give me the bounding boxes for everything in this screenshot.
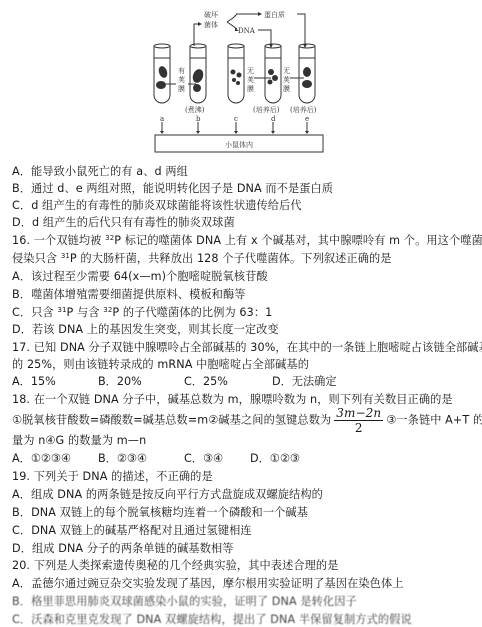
- q18-option-a: A．①②③④: [12, 451, 71, 467]
- q19-option-d: D．组成 DNA 分子的两条单链的碱基数相等: [12, 541, 234, 557]
- label-boiled: (煮沸): [185, 105, 205, 114]
- q16-option-a: A．该过程至少需要 64(x—m)个胞嘧啶脱氧核苷酸: [12, 269, 268, 285]
- q19-option-b: B．DNA 双链上的每个脱氧核糖均连着一个磷酸和一个碱基: [12, 505, 308, 521]
- label-e1: 无: [283, 67, 290, 75]
- letter-a: a: [160, 115, 164, 123]
- label-protein: 蛋白质: [264, 10, 285, 19]
- q17-option-c: C．25%: [184, 374, 228, 390]
- q17-option-d: D．无法确定: [272, 374, 337, 390]
- q19-stem: 19. 下列关于 DNA 的描述，不正确的是: [12, 469, 213, 485]
- letter-d: d: [271, 115, 276, 123]
- label-mouse-body: 小鼠体内: [225, 140, 253, 149]
- q17-option-a: A．15%: [12, 374, 56, 390]
- label-b2: 荚: [178, 75, 185, 84]
- q16-option-c: C．只含 31P 与含 32P 的子代噬菌体的比例为 63：1: [12, 305, 272, 321]
- label-e2: 荚: [283, 75, 290, 84]
- label-d1: 无: [247, 67, 254, 75]
- q15-option-b: B．通过 d、e 两组对照，能说明转化因子是 DNA 而不是蛋白质: [12, 181, 333, 197]
- diagram-svg: 破坏 菌体 蛋白质 DNA 有 荚 膜 无 荚 膜 无 荚 膜 (煮沸) (培养…: [140, 0, 340, 160]
- label-d3: 膜: [247, 84, 254, 93]
- label-cultured-d: (培养后): [253, 105, 280, 114]
- label-e3: 膜: [283, 84, 290, 93]
- q20-option-a: A．孟德尔通过豌豆杂交实验发现了基因，摩尔根用实验证明了基因在染色体上: [12, 576, 404, 592]
- label-break-2: 菌体: [204, 20, 218, 29]
- q16-option-d: D．若该 DNA 上的基因发生突变，则其长度一定改变: [12, 322, 279, 338]
- experiment-diagram: 破坏 菌体 蛋白质 DNA 有 荚 膜 无 荚 膜 无 荚 膜 (煮沸) (培养…: [140, 0, 340, 160]
- q16-stem-line2: 侵染只含 31P 的大肠杆菌，共释放出 128 个子代噬菌体。下列叙述正确的是: [12, 251, 392, 267]
- label-b3: 膜: [178, 84, 185, 93]
- q15-option-a: A．能导致小鼠死亡的有 a、d 两组: [12, 164, 188, 180]
- q20-option-b: B．格里菲思用肺炎双球菌感染小鼠的实验，证明了 DNA 是转化因子: [12, 594, 357, 610]
- label-d2: 荚: [247, 75, 254, 84]
- letter-c: c: [234, 115, 238, 123]
- q17-option-b: B．20%: [98, 374, 142, 390]
- label-b1: 有: [178, 66, 185, 75]
- q19-option-a: A．组成 DNA 的两条链是按反向平行方式盘旋成双螺旋结构的: [12, 487, 323, 503]
- q20-option-c: C．沃森和克里克发现了 DNA 双螺旋结构，提出了 DNA 半保留复制方式的假说: [12, 612, 412, 627]
- label-break-1: 破坏: [204, 10, 219, 19]
- q15-option-d: D．d 组产生的后代只有有毒性的肺炎双球菌: [12, 215, 235, 231]
- hydrogen-bond-fraction: 3m−2n2: [334, 406, 383, 435]
- q16-stem-line1: 16. 一个双链均被 32P 标记的噬菌体 DNA 上有 x 个碱基对，其中腺嘌…: [12, 233, 482, 249]
- q18-option-b: B．②③④: [98, 451, 147, 467]
- label-dna: DNA: [238, 27, 256, 35]
- q18-option-d: D．①②③: [250, 451, 300, 467]
- q19-option-c: C．DNA 双链上的碱基严格配对且通过氢键相连: [12, 523, 252, 539]
- q17-stem-line1: 17. 已知 DNA 分子双链中腺嘌呤占全部碱基的 30%，在其中的一条链上胞嘧…: [12, 340, 482, 356]
- q18-stem-line2: ①脱氧核苷酸数=磷酸数=碱基总数=m②碱基之间的氢键总数为3m−2n2③一条链中…: [12, 406, 482, 435]
- letter-e: e: [305, 115, 309, 123]
- q16-option-b: B．噬菌体增殖需要细菌提供原料、模板和酶等: [12, 287, 246, 303]
- q15-option-c: C．d 组产生的有毒性的肺炎双球菌能将该性状遗传给后代: [12, 198, 302, 214]
- q18-option-c: C．③④: [184, 451, 223, 467]
- q17-stem-line2: 的 25%，则由该链转录成的 mRNA 中胞嘧啶占全部碱基的: [12, 357, 309, 373]
- q18-stem-line3: 量为 n④G 的数量为 m—n: [12, 433, 146, 449]
- q20-stem: 20. 下列是人类探索遗传奥秘的几个经典实验，其中表述合理的是: [12, 558, 339, 574]
- label-cultured-e: (培养后): [290, 105, 317, 114]
- letter-b: b: [196, 115, 201, 123]
